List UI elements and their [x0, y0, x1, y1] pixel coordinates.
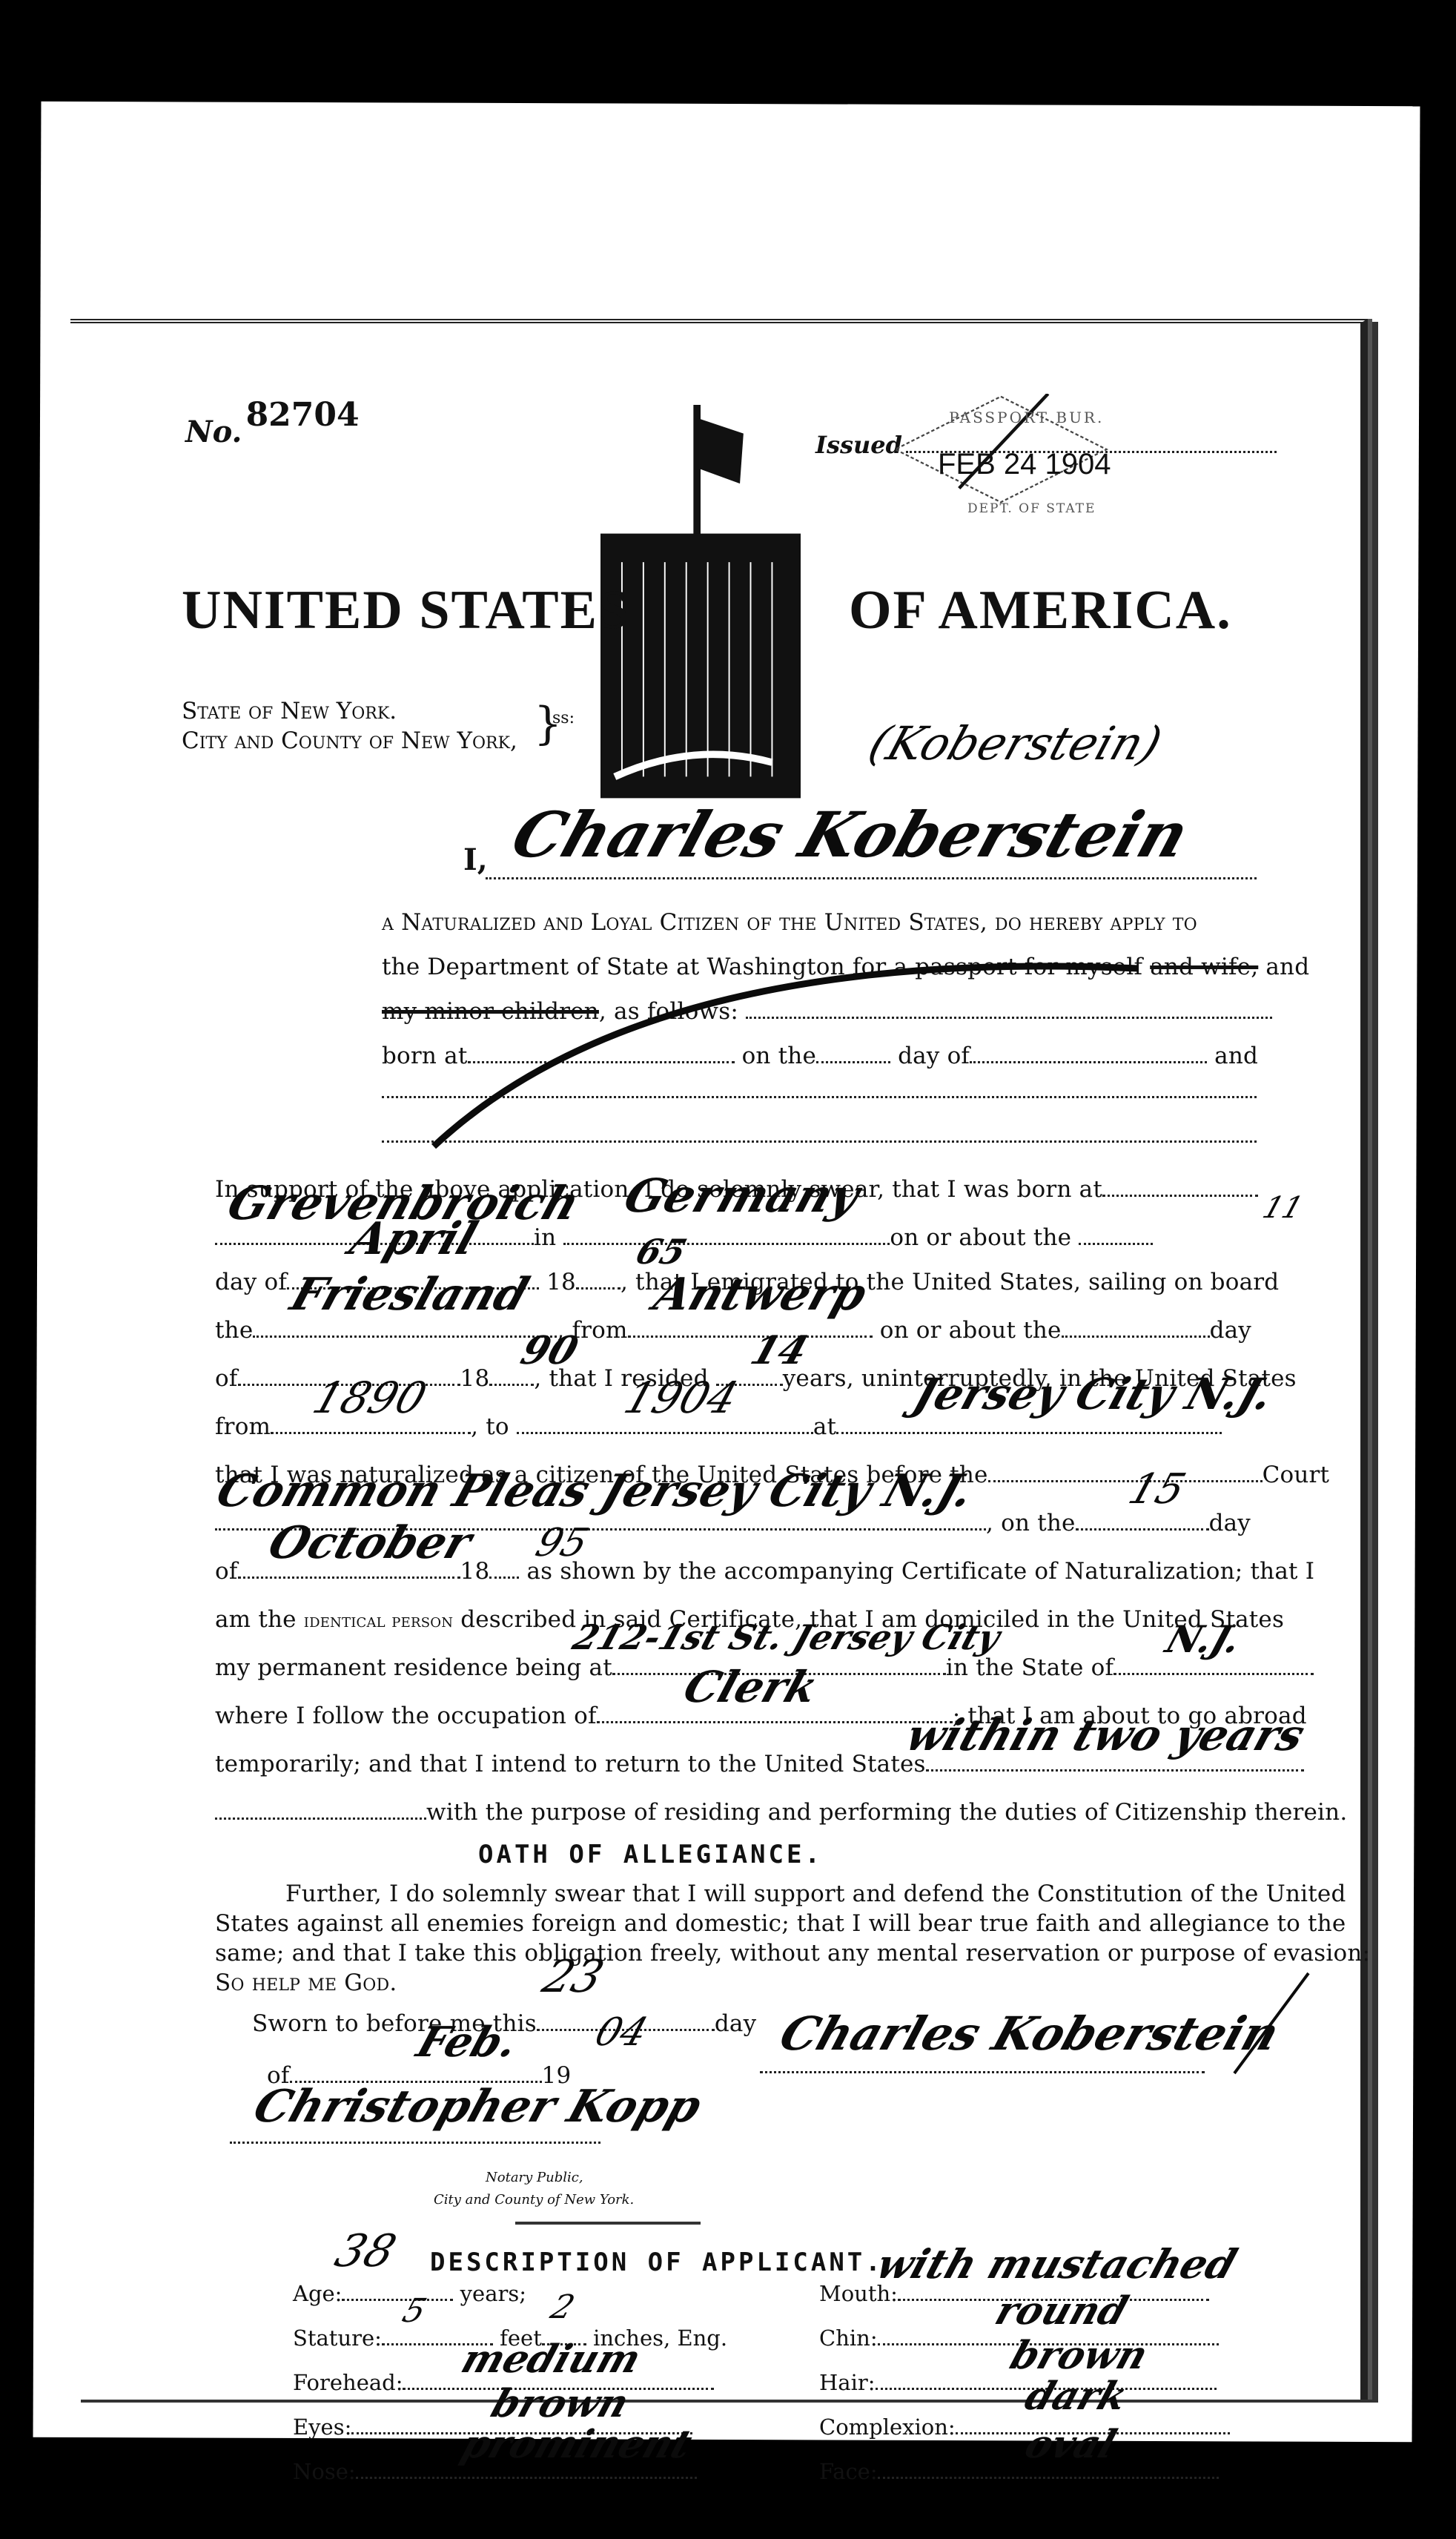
application-number: No. 82704: [185, 412, 360, 450]
venue-state: State of New York.: [182, 698, 397, 724]
p2-l14: with the purpose of residing and perform…: [215, 1799, 1347, 1826]
stamp-top-text: PASSPORT BUR.: [949, 409, 1104, 426]
oath-line4: So help me God.: [215, 1970, 397, 1996]
oath-line2: States against all enemies foreign and d…: [215, 1910, 1346, 1937]
description-title: DESCRIPTION OF APPLICANT.: [430, 2248, 884, 2277]
face-row: Face:: [819, 2459, 1219, 2484]
nose-value: prominent: [456, 2422, 698, 2467]
ship-name: Friesland: [285, 1269, 535, 1321]
oath-line3: same; and that I take this obligation fr…: [215, 1940, 1370, 1967]
occupation: Clerk: [678, 1662, 824, 1712]
resided-at: Jersey City N.J.: [907, 1369, 1280, 1419]
venue-city-county: City and County of New York,: [182, 727, 517, 754]
passport-application-document: No. 82704 Issued PASSPORT BUR. FEB 24 19…: [70, 319, 1368, 2400]
sworn-month: Feb.: [411, 2018, 523, 2067]
number-value: 82704: [246, 396, 360, 434]
naturalization-court: Common Pleas Jersey City N.J.: [211, 1465, 980, 1517]
stamp-date: FEB 24 1904: [938, 448, 1111, 481]
applicant-intro: I,: [463, 842, 488, 877]
birth-country: Germany: [618, 1169, 867, 1223]
cancel-stroke-icon: [426, 961, 1168, 1154]
notary-jurisdiction: City and County of New York.: [434, 2192, 634, 2208]
p2-l4: the, from on or about theday: [215, 1317, 1251, 1344]
face-value: oval: [1019, 2422, 1122, 2467]
title-united-states: UNITED STATES: [182, 579, 630, 642]
eyes-value: brown: [486, 2381, 635, 2426]
notary-signature: Christopher Kopp: [248, 2081, 708, 2133]
hair-value: brown: [1005, 2333, 1154, 2378]
birth-day: 11: [1259, 1191, 1308, 1225]
birth-month: April: [344, 1213, 483, 1265]
venue-ss: ss:: [552, 709, 575, 727]
mouth-value: with mustached: [871, 2240, 1243, 2288]
departure-port: Antwerp: [648, 1269, 873, 1321]
residence-to-year: 1904: [618, 1373, 744, 1423]
age-value: 38: [329, 2225, 403, 2277]
applicant-signature: Charles Koberstein: [773, 2007, 1285, 2061]
number-label: No.: [185, 415, 242, 449]
oath-title: OATH OF ALLEGIANCE.: [478, 1840, 823, 1869]
inches-value: 2: [546, 2288, 580, 2326]
para1-line1: a Naturalized and Loyal Citizen of the U…: [382, 909, 1197, 936]
oath-line1: Further, I do solemnly swear that I will…: [285, 1881, 1346, 1907]
divider: [515, 2222, 701, 2225]
checkmark-icon: [1227, 1970, 1316, 2081]
alias-annotation: (Koberstein): [862, 716, 1168, 770]
naturalization-month: October: [262, 1517, 478, 1569]
applicant-name: Charles Koberstein: [503, 798, 1198, 871]
chin-value: round: [990, 2288, 1134, 2334]
residence-from-year: 1890: [307, 1373, 433, 1423]
title-of-america: OF AMERICA.: [849, 579, 1232, 642]
notary-title: Notary Public,: [486, 2170, 583, 2185]
stamp-bottom-text: DEPT. OF STATE: [967, 501, 1096, 516]
forehead-value: medium: [456, 2337, 646, 2382]
residence-address: 212-1st St. Jersey City: [568, 1617, 1005, 1657]
residence-state: N.J.: [1160, 1617, 1246, 1661]
return-when: within two years: [900, 1710, 1311, 1760]
complexion-value: dark: [1019, 2374, 1133, 2419]
